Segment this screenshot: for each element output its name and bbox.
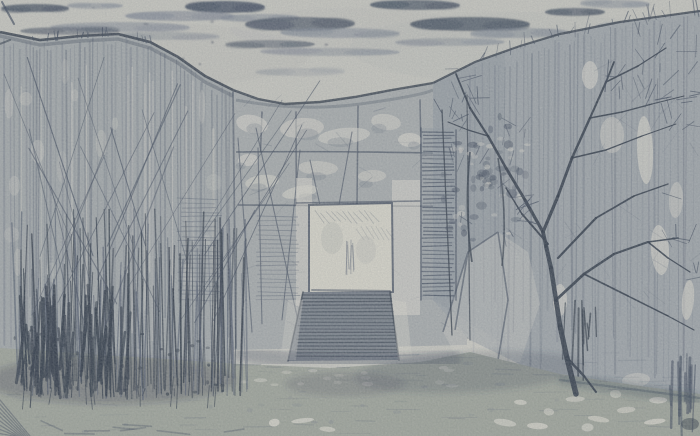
- etching-canvas: [0, 0, 700, 436]
- paper-grain-overlay: [0, 0, 700, 436]
- etching-artwork: [0, 0, 700, 436]
